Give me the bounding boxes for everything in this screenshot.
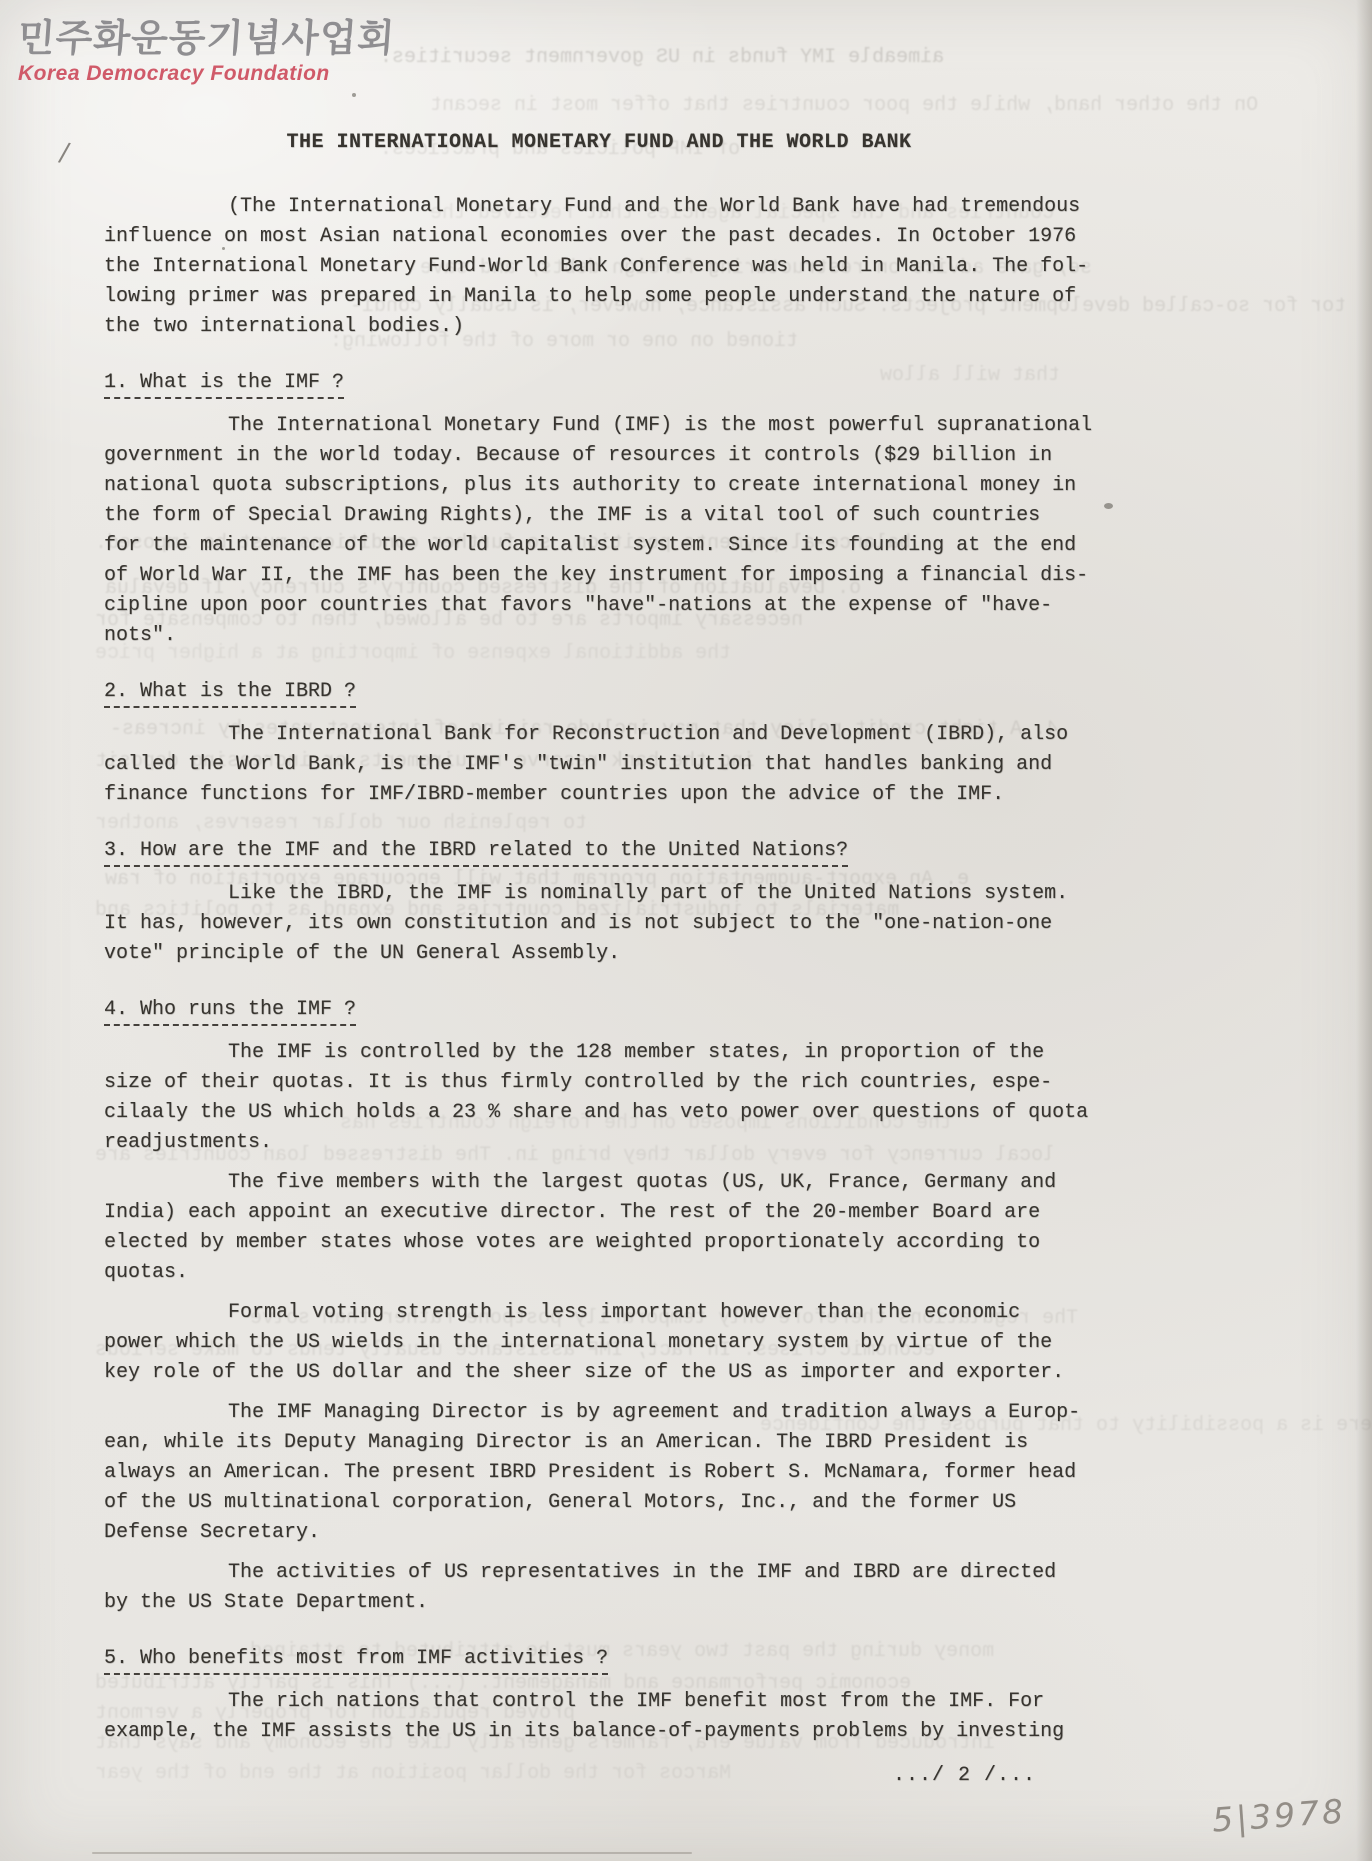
paragraph: The five members with the largest quotas… <box>104 1168 1096 1288</box>
paragraph: Formal voting strength is less important… <box>104 1298 1096 1388</box>
paragraph: The activities of US representatives in … <box>104 1558 1096 1618</box>
section: 2. What is the IBRD ?The International B… <box>104 677 1372 810</box>
paper-speck <box>1104 503 1113 509</box>
paragraph: The IMF is controlled by the 128 member … <box>104 1038 1096 1158</box>
paper-speck <box>788 1183 791 1186</box>
section-heading: 3. How are the IMF and the IBRD related … <box>104 836 1372 866</box>
section: 1. What is the IMF ?The International Mo… <box>104 368 1372 651</box>
paragraph: The rich nations that control the IMF be… <box>104 1687 1096 1747</box>
section-heading: 1. What is the IMF ? <box>104 368 1372 398</box>
document-title: THE INTERNATIONAL MONETARY FUND AND THE … <box>104 128 1094 158</box>
paragraph: The International Bank for Reconstructio… <box>104 720 1096 810</box>
document-body: THE INTERNATIONAL MONETARY FUND AND THE … <box>0 0 1372 1791</box>
intro-paragraph: (The International Monetary Fund and the… <box>104 192 1096 342</box>
sections: 1. What is the IMF ?The International Mo… <box>104 368 1372 1747</box>
bottom-scan-line <box>92 1852 692 1854</box>
section: 5. Who benefits most from IMF activities… <box>104 1644 1372 1747</box>
paper-speck <box>352 93 356 97</box>
paper-speck <box>222 247 225 250</box>
section: 3. How are the IMF and the IBRD related … <box>104 836 1372 969</box>
handwritten-number: 5|3978 <box>1211 1791 1348 1839</box>
section-heading: 2. What is the IBRD ? <box>104 677 1372 707</box>
scanned-document-page: aimeable IMY funds in US government secu… <box>0 0 1372 1861</box>
section: 4. Who runs the IMF ?The IMF is controll… <box>104 995 1372 1618</box>
paragraph: Like the IBRD, the IMF is nominally part… <box>104 879 1096 969</box>
paragraph: The IMF Managing Director is by agreemen… <box>104 1398 1096 1548</box>
paper-edge-shadow <box>1356 0 1372 1861</box>
section-heading: 4. Who runs the IMF ? <box>104 995 1372 1025</box>
page-continuation-marker: .../ 2 /... <box>104 1761 1096 1791</box>
paragraph: The International Monetary Fund (IMF) is… <box>104 411 1096 651</box>
section-heading: 5. Who benefits most from IMF activities… <box>104 1644 1372 1674</box>
